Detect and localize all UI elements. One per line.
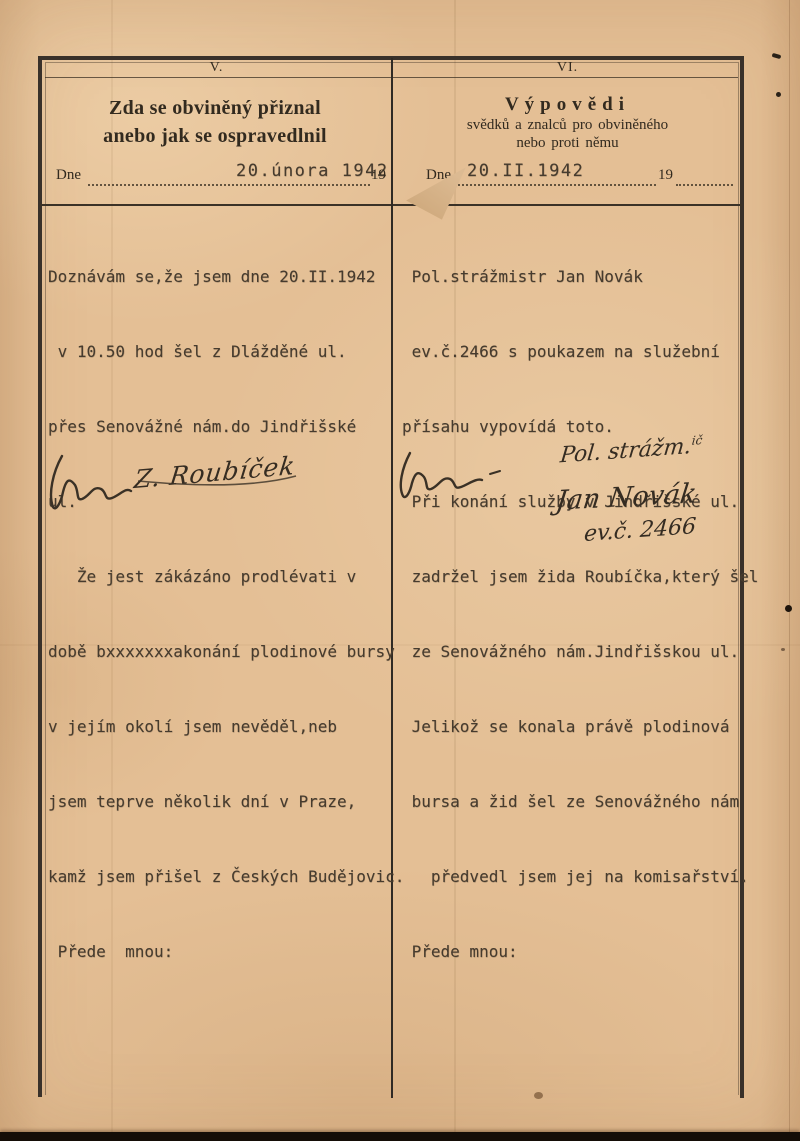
section-v-number: V. (42, 60, 391, 76)
typed-line: Doznávám se,že jsem dne 20.II.1942 (48, 264, 404, 289)
typed-line: přes Senovážné nám.do Jindřišské (48, 414, 404, 439)
form-border-left (38, 56, 42, 1097)
typed-line: ze Senovážného nám.Jindřišskou ul. (402, 639, 758, 664)
typed-line: kamž jsem přišel z Českých Budějovic. (48, 864, 404, 889)
typed-line: Pol.strážmistr Jan Novák (402, 264, 758, 289)
scan-edge-bottom (0, 1132, 800, 1141)
right-typed-statement: Pol.strážmistr Jan Novák ev.č.2466 s pou… (402, 214, 758, 989)
stain-spot (534, 1092, 543, 1099)
right-date-dotted-line (458, 184, 656, 186)
right-year-prefix: 19 (658, 167, 673, 184)
right-date-typed-value: 20.II.1942 (467, 161, 584, 181)
right-year-dotted-line (676, 184, 733, 186)
ink-speck (781, 648, 785, 651)
typed-line: Jelikož se konala právě plodinová (402, 714, 758, 739)
right-subtitle-line2: nebo proti němu (400, 135, 735, 152)
ink-speck (785, 605, 792, 612)
typed-line: bursa a žid šel ze Senovážného nám (402, 789, 758, 814)
signature-flourish-right-official (396, 450, 506, 502)
signature-flourish-left-official (46, 452, 138, 514)
typed-line: zadržel jsem žida Roubíčka,který šel (402, 564, 758, 589)
left-year-prefix: 19 (371, 167, 386, 184)
typed-line: přísahu vypovídá toto. (402, 414, 758, 439)
typed-line: předvedl jsem jej na komisařství. (402, 864, 758, 889)
typed-line: Přede mnou: (48, 939, 404, 964)
left-date-dotted-line (88, 184, 370, 186)
left-title-line2: anebo jak se ospravedlnil (55, 122, 375, 150)
typed-line: v 10.50 hod šel z Dlážděné ul. (48, 339, 404, 364)
left-title-line1: Zda se obviněný přiznal (55, 94, 375, 122)
typed-line: době bxxxxxxxakonání plodinové bursy (48, 639, 404, 664)
right-subtitle-line1: svědků a znalců pro obviněného (400, 117, 735, 134)
left-section-title: Zda se obviněný přiznal anebo jak se osp… (55, 94, 375, 150)
typed-line: Přede mnou: (402, 939, 758, 964)
left-typed-statement: Doznávám se,že jsem dne 20.II.1942 v 10.… (48, 214, 404, 989)
page-fold-edge (789, 0, 790, 1141)
typed-line: Že jest zákázáno prodlévati v (48, 564, 404, 589)
signature-superscript: ič (691, 433, 703, 448)
typed-line: ev.č.2466 s poukazem na služební (402, 339, 758, 364)
left-date-typed-value: 20.února 1942 (236, 161, 389, 181)
typed-line: jsem teprve několik dní v Praze, (48, 789, 404, 814)
ink-speck (776, 92, 781, 97)
right-section-title: Výpovědi (400, 94, 735, 116)
signature-strike-flourish (132, 466, 302, 494)
typed-line: v jejím okolí jsem nevěděl,neb (48, 714, 404, 739)
section-vi-number: VI. (393, 60, 742, 76)
left-date-label: Dne (56, 167, 81, 184)
